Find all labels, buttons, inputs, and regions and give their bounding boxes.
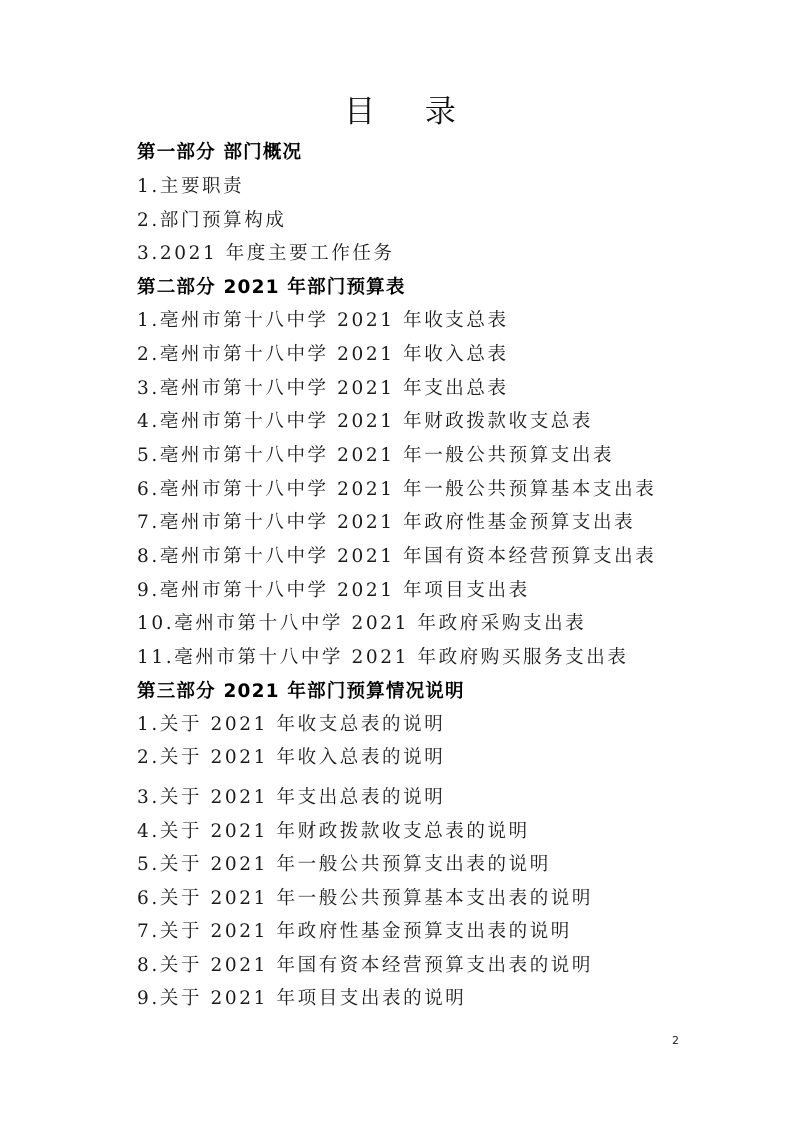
- toc-item[interactable]: 8.亳州市第十八中学 2021 年国有资本经营预算支出表: [137, 545, 656, 569]
- toc-item[interactable]: 3.亳州市第十八中学 2021 年支出总表: [137, 377, 509, 401]
- toc-item[interactable]: 6.关于 2021 年一般公共预算基本支出表的说明: [137, 887, 593, 911]
- toc-item[interactable]: 9.关于 2021 年项目支出表的说明: [137, 987, 466, 1011]
- toc-item[interactable]: 8.关于 2021 年国有资本经营预算支出表的说明: [137, 954, 593, 978]
- toc-item[interactable]: 2.部门预算构成: [137, 209, 286, 233]
- toc-item[interactable]: 2.亳州市第十八中学 2021 年收入总表: [137, 343, 509, 367]
- toc-item[interactable]: 6.亳州市第十八中学 2021 年一般公共预算基本支出表: [137, 478, 656, 502]
- part-2-heading: 第二部分 2021 年部门预算表: [137, 276, 406, 300]
- document-page: 目 录 第一部分 部门概况 1.主要职责 2.部门预算构成 3.2021 年度主…: [0, 0, 800, 1132]
- toc-item[interactable]: 7.关于 2021 年政府性基金预算支出表的说明: [137, 920, 572, 944]
- page-number: 2: [672, 1034, 679, 1047]
- toc-item[interactable]: 11.亳州市第十八中学 2021 年政府购买服务支出表: [137, 646, 628, 670]
- toc-item[interactable]: 1.关于 2021 年收支总表的说明: [137, 713, 445, 737]
- toc-item[interactable]: 5.亳州市第十八中学 2021 年一般公共预算支出表: [137, 444, 614, 468]
- part-3-heading: 第三部分 2021 年部门预算情况说明: [137, 680, 465, 704]
- toc-item[interactable]: 3.关于 2021 年支出总表的说明: [137, 786, 445, 810]
- toc-item[interactable]: 4.亳州市第十八中学 2021 年财政拨款收支总表: [137, 410, 593, 434]
- toc-item[interactable]: 9.亳州市第十八中学 2021 年项目支出表: [137, 579, 530, 603]
- toc-item[interactable]: 1.亳州市第十八中学 2021 年收支总表: [137, 309, 509, 333]
- toc-item[interactable]: 10.亳州市第十八中学 2021 年政府采购支出表: [137, 612, 586, 636]
- toc-item[interactable]: 4.关于 2021 年财政拨款收支总表的说明: [137, 820, 530, 844]
- toc-item[interactable]: 5.关于 2021 年一般公共预算支出表的说明: [137, 853, 551, 877]
- toc-item[interactable]: 1.主要职责: [137, 175, 244, 199]
- toc-item[interactable]: 2.关于 2021 年收入总表的说明: [137, 746, 445, 770]
- toc-title: 目 录: [0, 92, 800, 132]
- toc-item[interactable]: 3.2021 年度主要工作任务: [137, 242, 395, 266]
- toc-item[interactable]: 7.亳州市第十八中学 2021 年政府性基金预算支出表: [137, 511, 635, 535]
- part-1-heading: 第一部分 部门概况: [137, 141, 302, 165]
